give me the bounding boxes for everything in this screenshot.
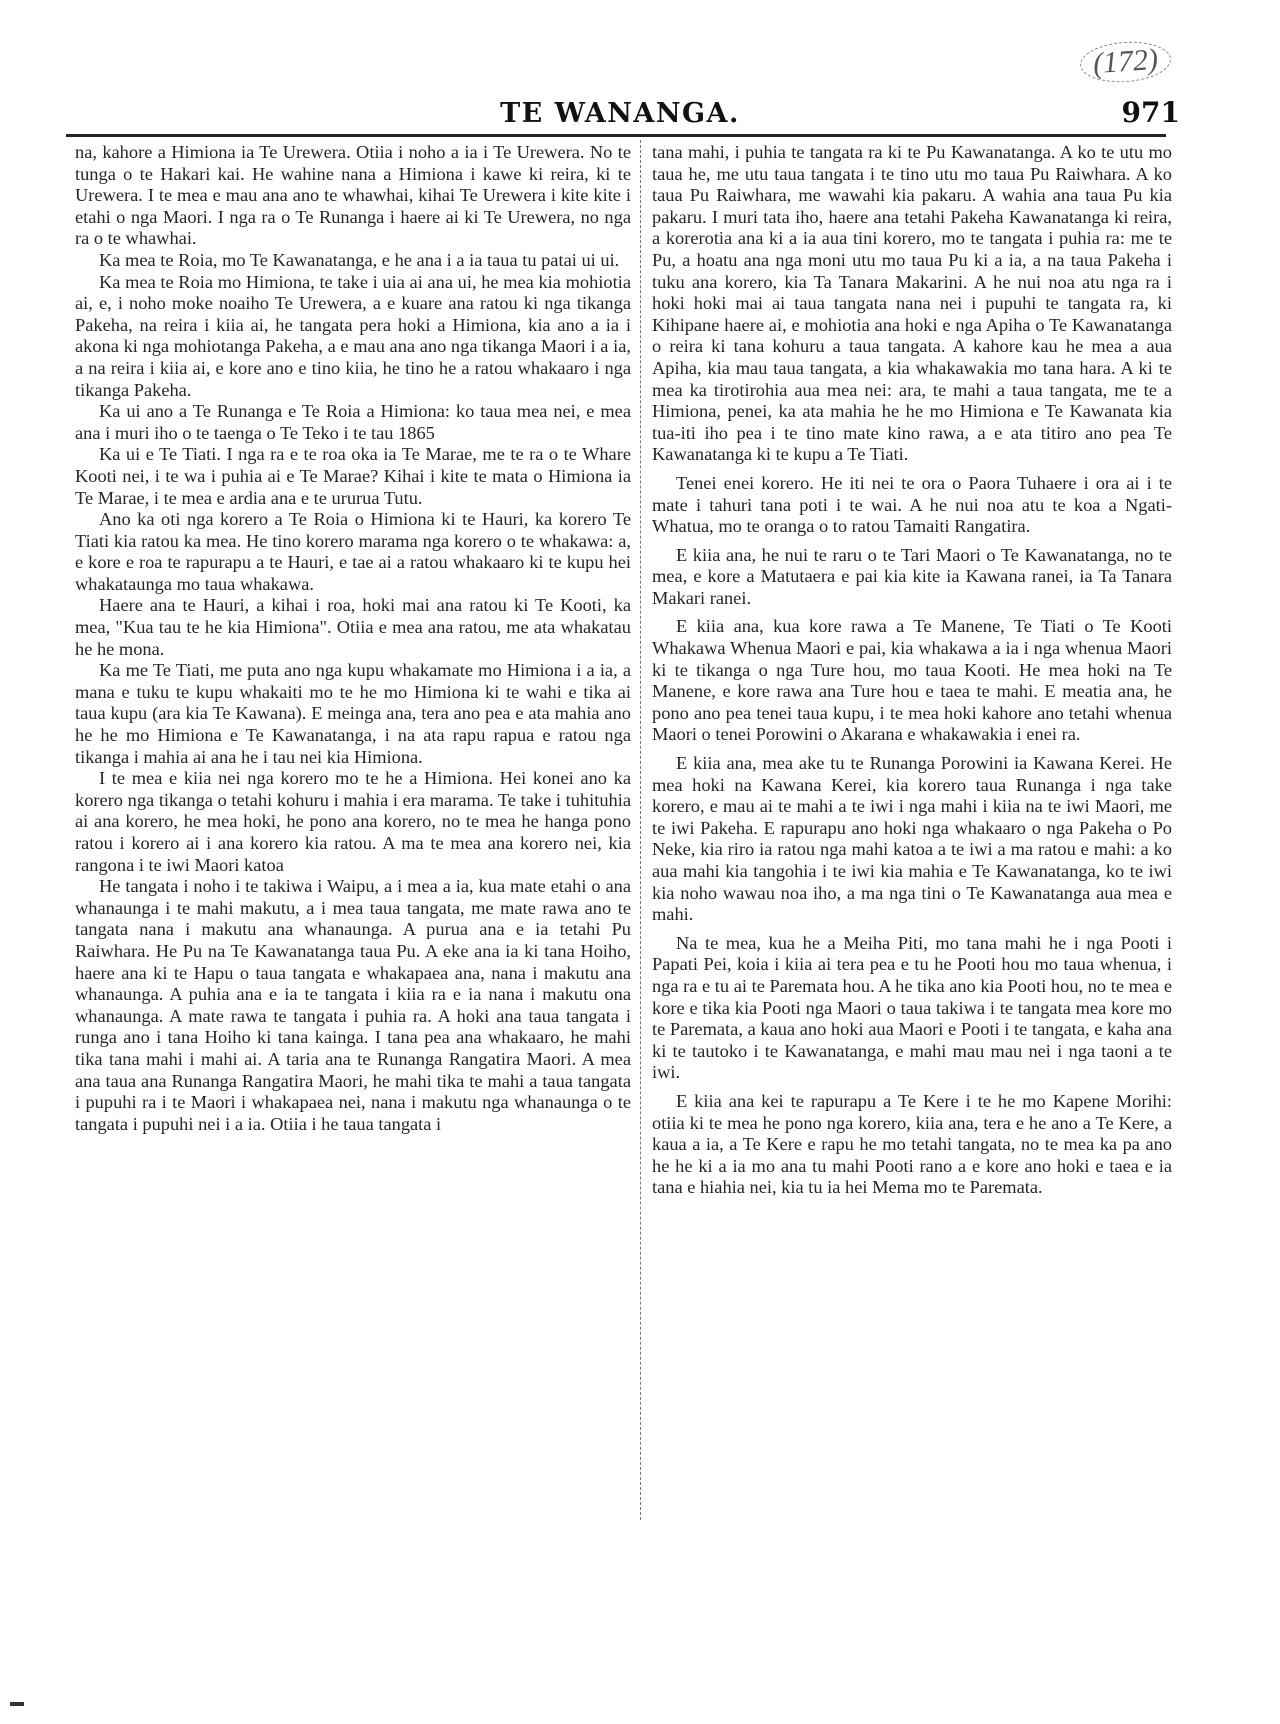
paragraph: I te mea e kiia nei nga korero mo te he … [75,768,631,876]
paragraph: E kiia ana, kua kore rawa a Te Manene, T… [652,616,1172,746]
left-column: na, kahore a Himiona ia Te Urewera. Otii… [75,142,631,1135]
paragraph: Ka mea te Roia, mo Te Kawanatanga, e he … [75,250,631,272]
page-number: 971 [1122,96,1180,129]
paragraph: Ka ui e Te Tiati. I nga ra e te roa oka … [75,444,631,509]
paragraph: E kiia ana, he nui te raru o te Tari Mao… [652,545,1172,610]
paragraph: Ka mea te Roia mo Himiona, te take i uia… [75,272,631,402]
paragraph: He tangata i noho i te takiwa i Waipu, a… [75,876,631,1135]
paragraph: Na te mea, kua he a Meiha Piti, mo tana … [652,933,1172,1084]
newspaper-page: (172) TE WANANGA. 971 na, kahore a Himio… [0,0,1280,1724]
paragraph: Ano ka oti nga korero a Te Roia o Himion… [75,509,631,595]
paragraph: Haere ana te Hauri, a kihai i roa, hoki … [75,595,631,660]
column-divider [640,140,641,1520]
paragraph: Tenei enei korero. He iti nei te ora o P… [652,473,1172,538]
paragraph: E kiia ana, mea ake tu te Runanga Porowi… [652,753,1172,926]
paragraph: Ka me Te Tiati, me puta ano nga kupu wha… [75,660,631,768]
header-rule [66,134,1166,137]
handwritten-annotation: (172) [1079,39,1173,85]
paragraph: E kiia ana kei te rapurapu a Te Kere i t… [652,1091,1172,1199]
right-column: tana mahi, i puhia te tangata ra ki te P… [652,142,1172,1206]
newspaper-title: TE WANANGA. [60,98,1180,129]
paragraph: tana mahi, i puhia te tangata ra ki te P… [652,142,1172,466]
paragraph: Ka ui ano a Te Runanga e Te Roia a Himio… [75,401,631,444]
page-header: TE WANANGA. 971 [60,92,1180,132]
paragraph: na, kahore a Himiona ia Te Urewera. Otii… [75,142,631,250]
margin-mark [10,1702,24,1706]
